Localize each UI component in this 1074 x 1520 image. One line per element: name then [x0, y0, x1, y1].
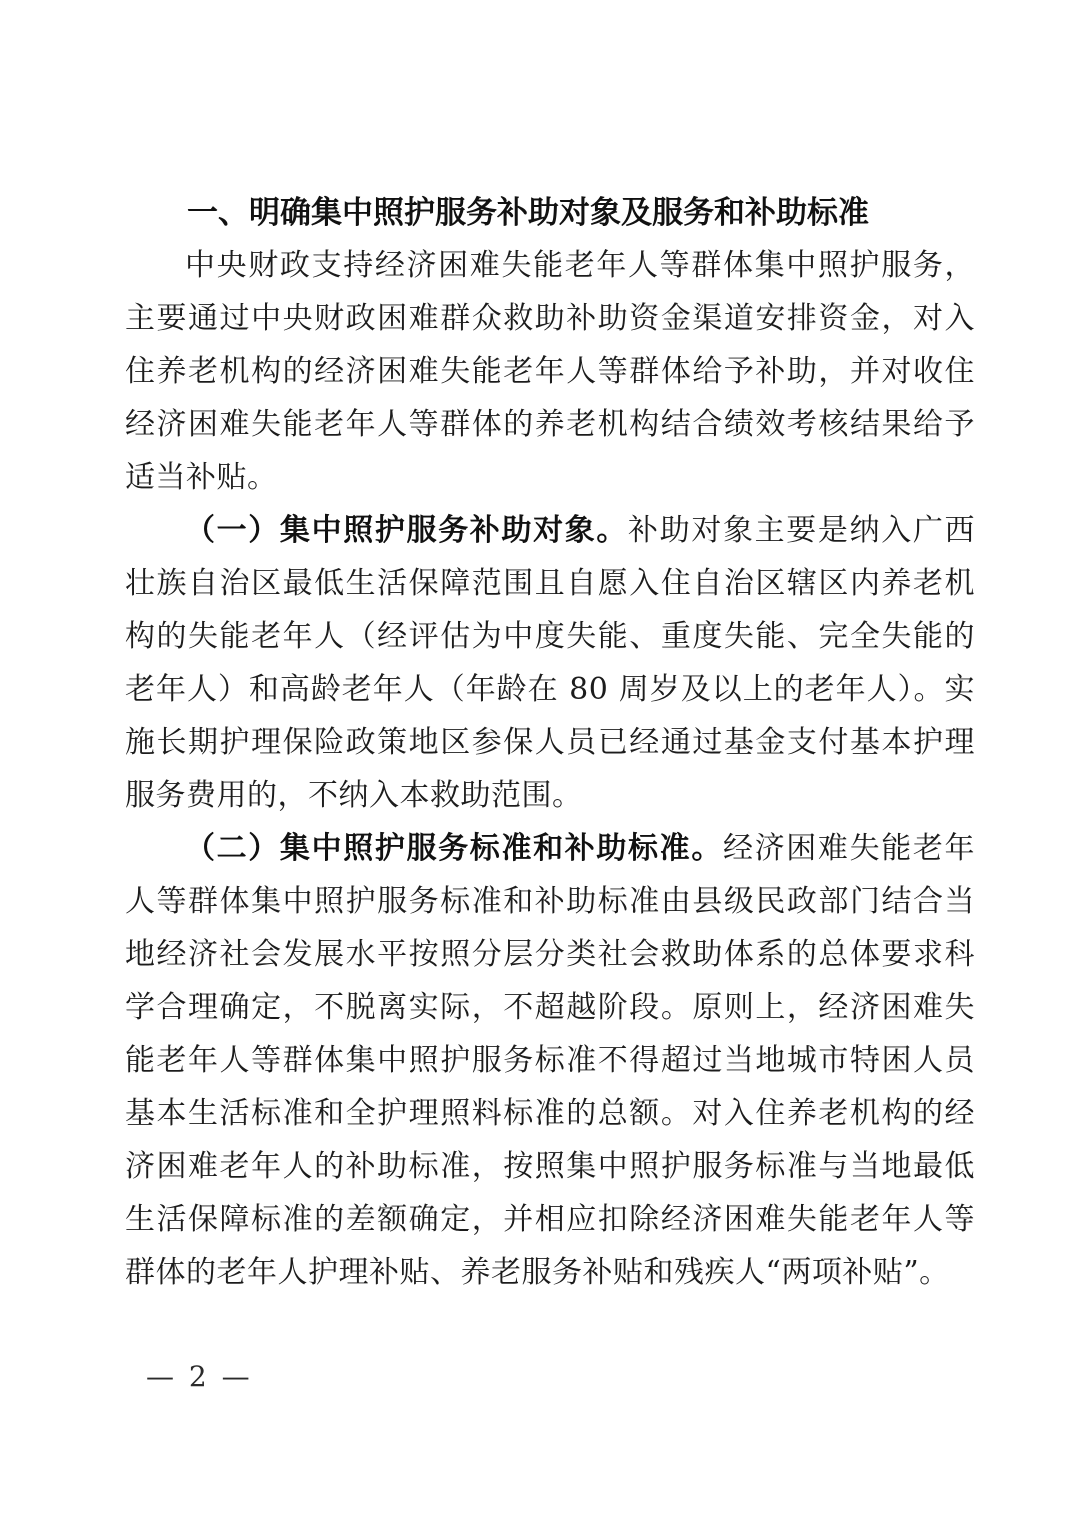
paragraph-text: 经济困难失能老年人等群体集中照护服务标准和补助标准由县级民政部门结合当地经济社会…	[125, 831, 975, 1290]
paragraph-text: 中央财政支持经济困难失能老年人等群体集中照护服务，主要通过中央财政困难群众救助补…	[125, 248, 975, 495]
paragraph: （二）集中照护服务标准和补助标准。经济困难失能老年人等群体集中照护服务标准和补助…	[125, 822, 975, 1299]
page-number: — 2 —	[146, 1360, 253, 1393]
paragraph: 中央财政支持经济困难失能老年人等群体集中照护服务，主要通过中央财政困难群众救助补…	[125, 239, 975, 504]
paragraph: （一）集中照护服务补助对象。补助对象主要是纳入广西壮族自治区最低生活保障范围且自…	[125, 504, 975, 822]
section-heading: 一、明确集中照护服务补助对象及服务和补助标准	[125, 186, 975, 239]
document-body: 一、明确集中照护服务补助对象及服务和补助标准 中央财政支持经济困难失能老年人等群…	[125, 186, 975, 1299]
document-page: 一、明确集中照护服务补助对象及服务和补助标准 中央财政支持经济困难失能老年人等群…	[0, 0, 1074, 1520]
paragraph-text: 补助对象主要是纳入广西壮族自治区最低生活保障范围且自愿入住自治区辖区内养老机构的…	[125, 513, 975, 813]
paragraph-lead: （二）集中照护服务标准和补助标准。	[185, 831, 723, 866]
paragraph-lead: （一）集中照护服务补助对象。	[185, 513, 628, 548]
